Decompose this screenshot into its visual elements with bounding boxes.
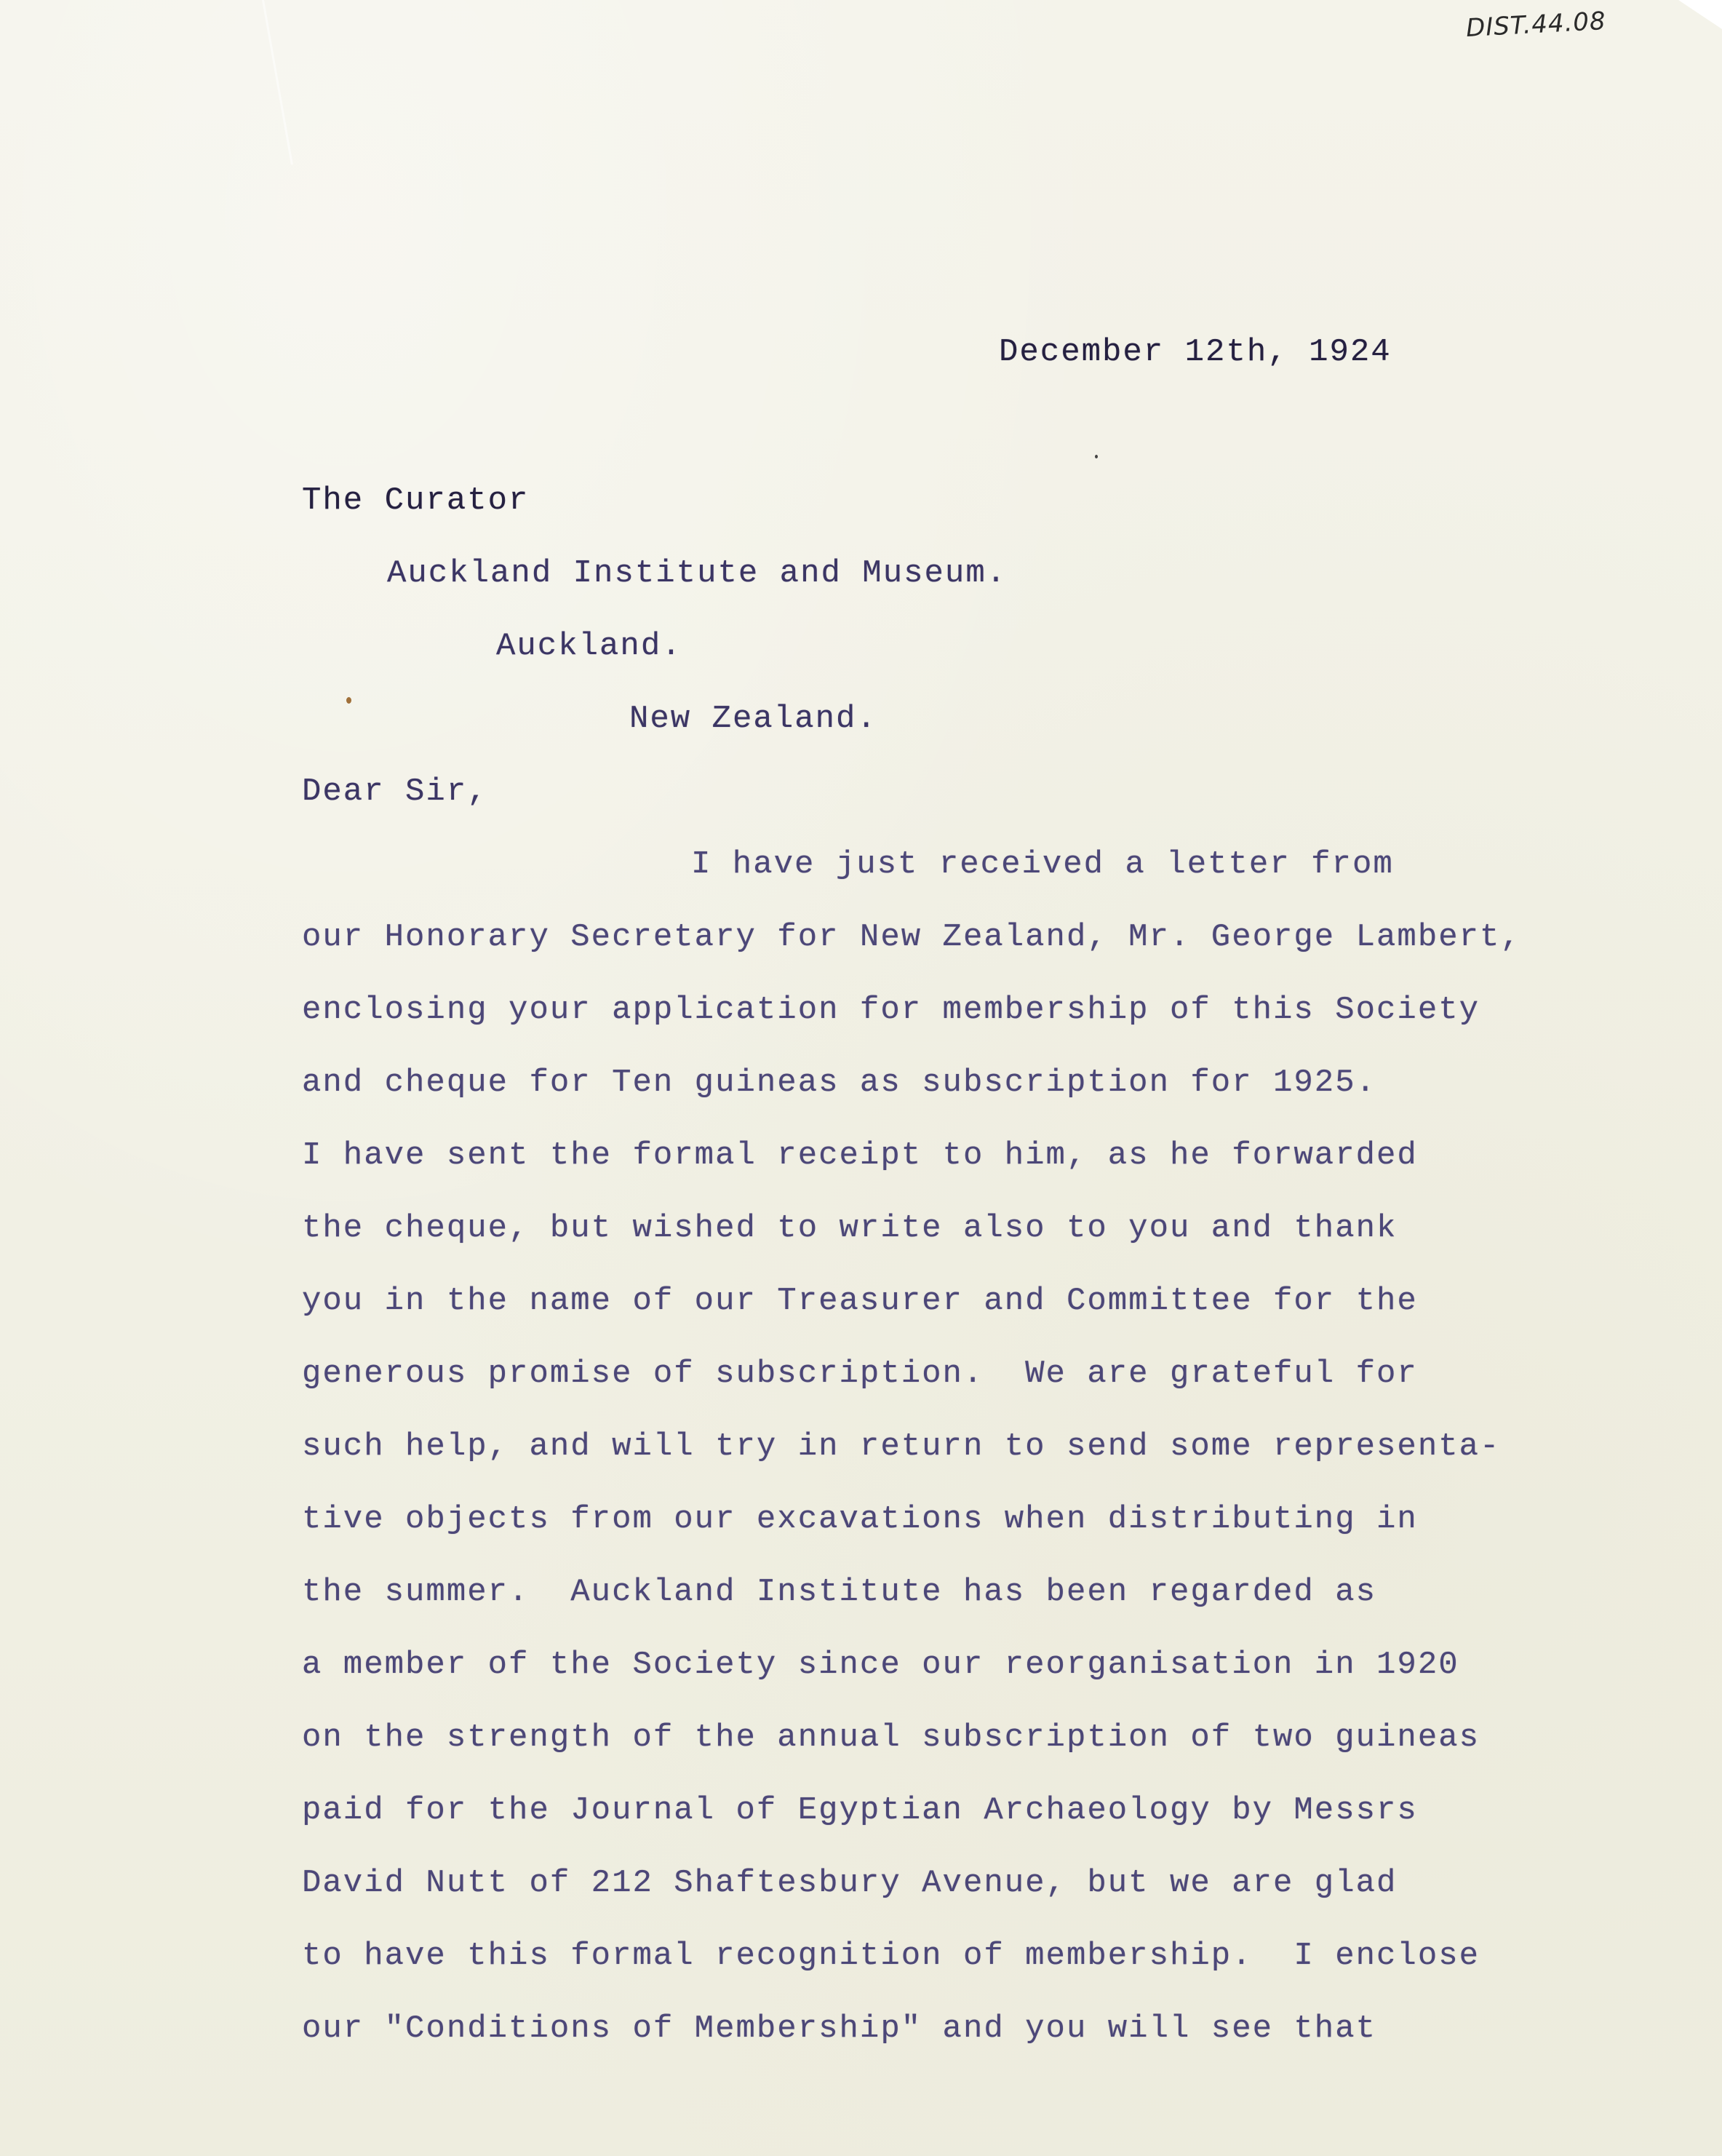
- body-line-6: the cheque, but wished to write also to …: [302, 1212, 1397, 1244]
- letter-page: DIST.44.08 December 12th, 1924 The Curat…: [0, 0, 1722, 2156]
- recipient-country: New Zealand.: [629, 703, 877, 735]
- archive-reference: DIST.44.08: [1465, 7, 1607, 43]
- recipient-city: Auckland.: [496, 630, 682, 662]
- body-line-10: tive objects from our excavations when d…: [302, 1503, 1418, 1535]
- body-line-11: the summer. Auckland Institute has been …: [302, 1576, 1376, 1608]
- body-line-1: I have just received a letter from: [691, 848, 1394, 880]
- salutation: Dear Sir,: [302, 776, 488, 808]
- body-line-7: you in the name of our Treasurer and Com…: [302, 1285, 1418, 1317]
- body-line-3: enclosing your application for membershi…: [302, 994, 1480, 1026]
- body-line-14: paid for the Journal of Egyptian Archaeo…: [302, 1794, 1418, 1826]
- paper-stain: [346, 697, 351, 704]
- body-line-15: David Nutt of 212 Shaftesbury Avenue, bu…: [302, 1867, 1397, 1899]
- body-line-13: on the strength of the annual subscripti…: [302, 1722, 1480, 1754]
- ink-dot: [1095, 455, 1098, 458]
- body-line-8: generous promise of subscription. We are…: [302, 1358, 1418, 1390]
- body-line-2: our Honorary Secretary for New Zealand, …: [302, 921, 1521, 953]
- body-line-17: our "Conditions of Membership" and you w…: [302, 2013, 1376, 2045]
- letter-date: December 12th, 1924: [999, 336, 1392, 368]
- recipient-title: The Curator: [302, 485, 529, 517]
- body-line-9: such help, and will try in return to sen…: [302, 1431, 1500, 1463]
- body-line-4: and cheque for Ten guineas as subscripti…: [302, 1067, 1376, 1099]
- body-line-5: I have sent the formal receipt to him, a…: [302, 1139, 1418, 1172]
- paper-crease: [262, 0, 293, 165]
- body-line-16: to have this formal recognition of membe…: [302, 1940, 1480, 1972]
- folded-corner: [1678, 0, 1722, 29]
- recipient-institution: Auckland Institute and Museum.: [387, 557, 1007, 589]
- body-line-12: a member of the Society since our reorga…: [302, 1649, 1459, 1681]
